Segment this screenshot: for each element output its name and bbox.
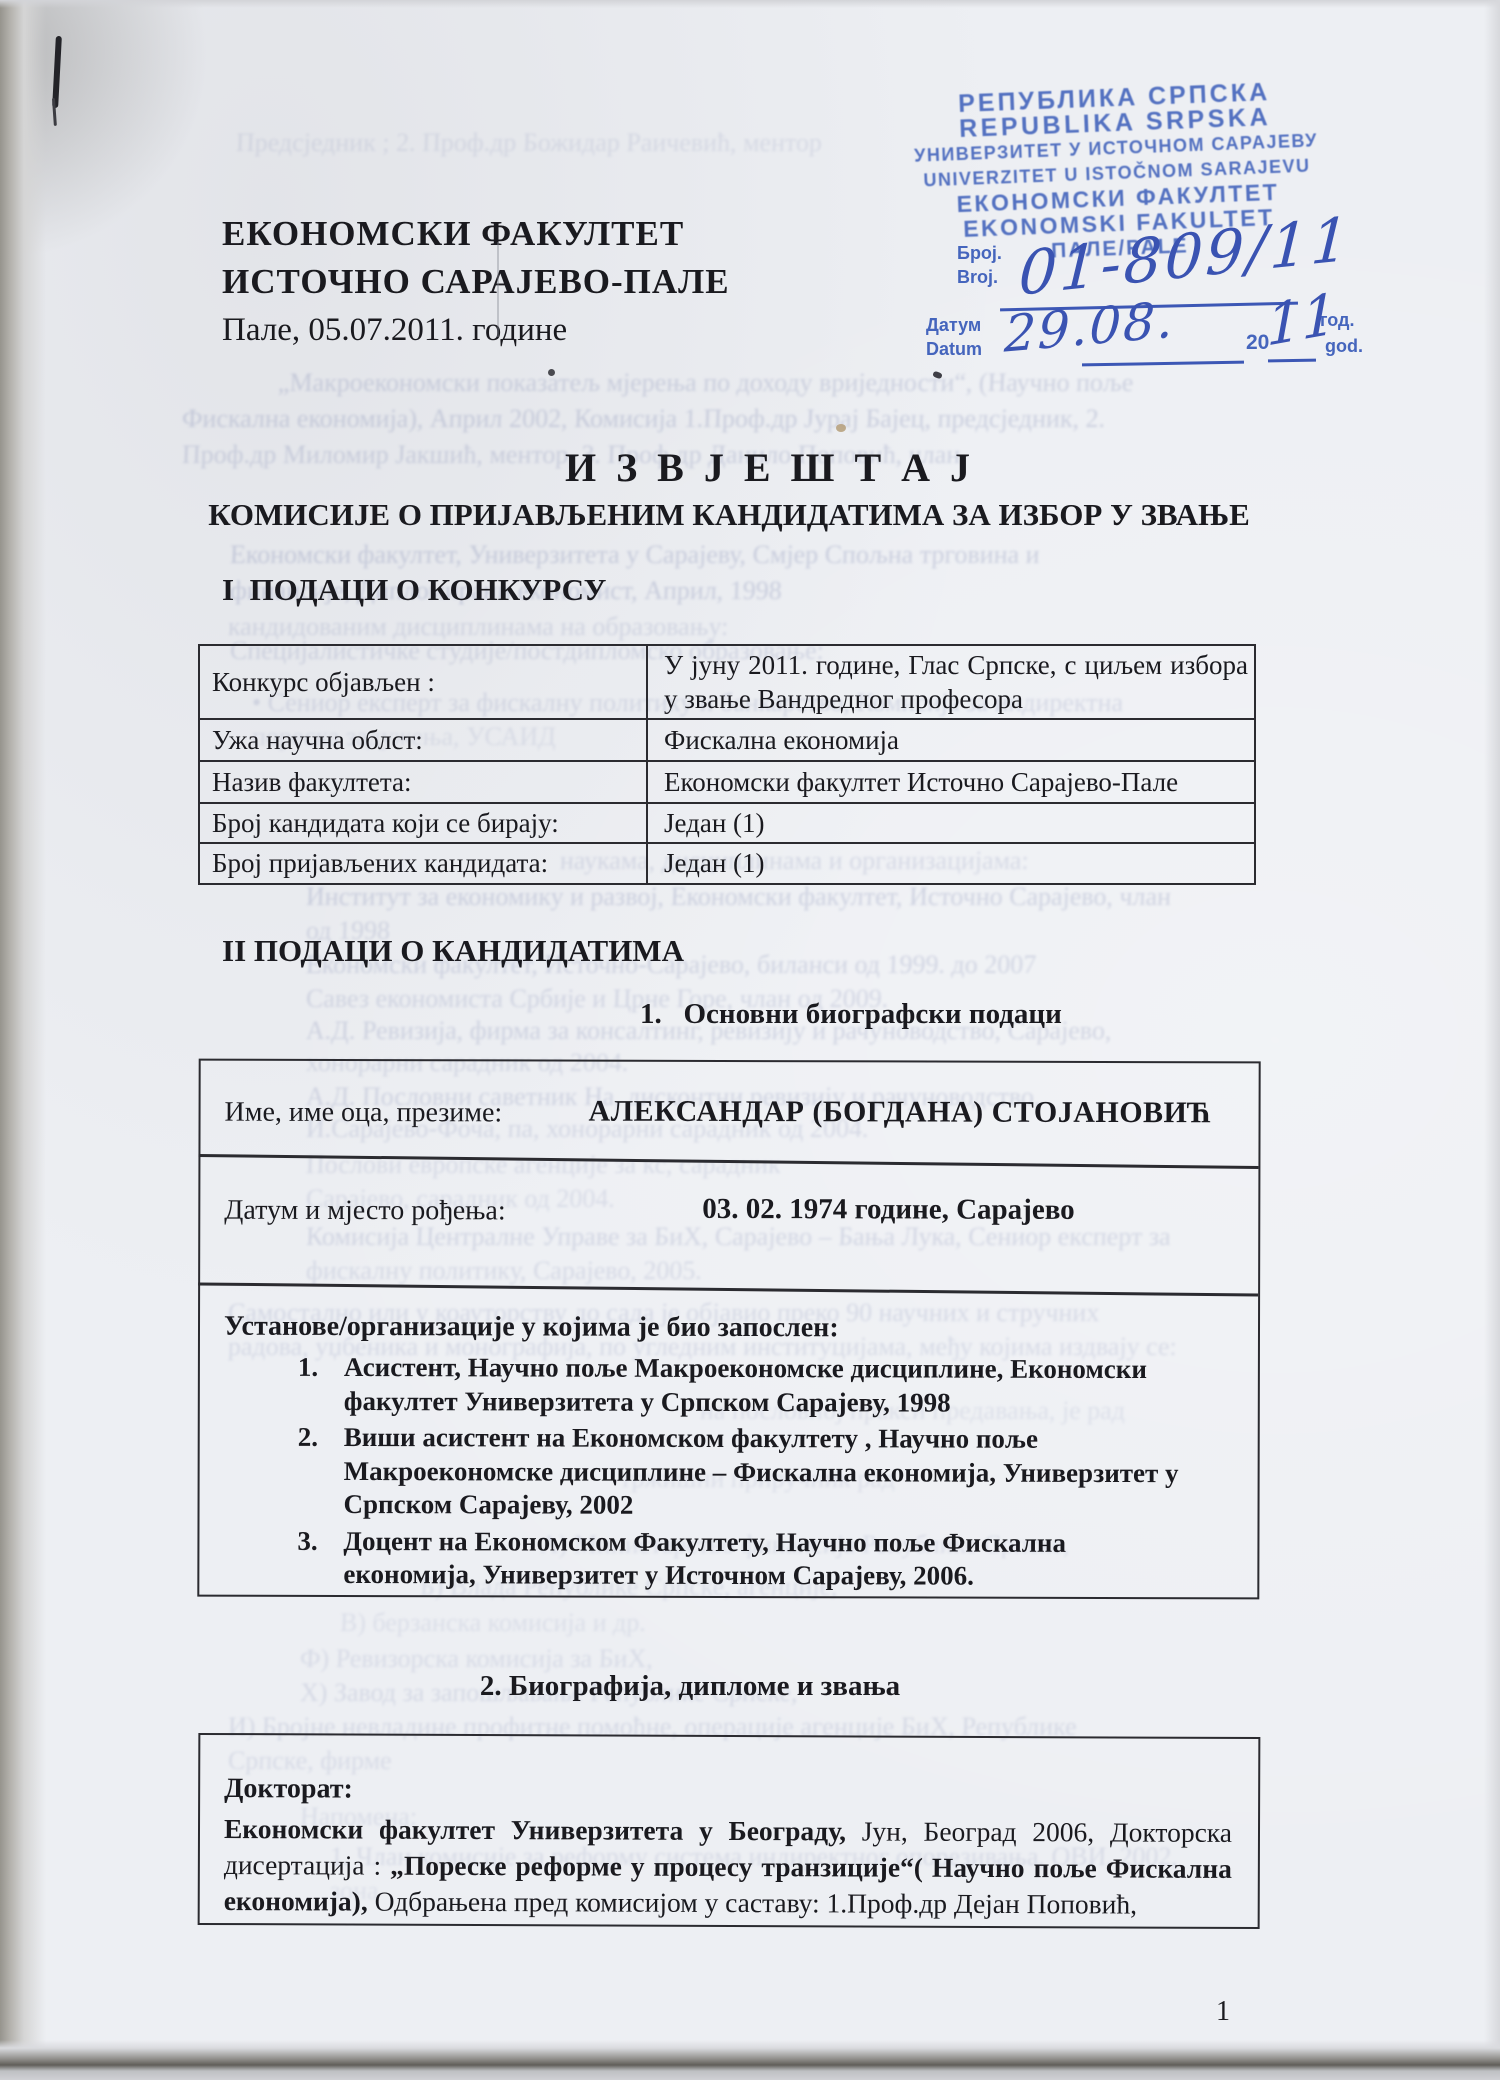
datum-underline <box>1082 361 1244 367</box>
scan-edge-left <box>0 0 46 2080</box>
document-date: Пале, 05.07.2011. године <box>222 306 730 354</box>
row-value: Фискална економија <box>647 719 1255 761</box>
subsection-2-heading: 2. Биографија, дипломе и звања <box>200 1670 1180 1703</box>
row-label: Ужа научна облст: <box>199 719 647 761</box>
row-label: Конкурс објављен : <box>199 645 647 719</box>
document-content: РЕПУБЛИКА СРПСКА REPUBLIKA SRPSKA УНИВЕР… <box>0 0 1500 2080</box>
doctorate-label: Докторат: <box>224 1773 353 1805</box>
broj-label-latin: Broj. <box>957 265 1002 289</box>
row-label: Број кандидата који се бирају: <box>199 803 647 843</box>
table-row: Број кандидата који се бирају:Један (1) <box>199 803 1255 843</box>
employment-label: Установе/организације у којима је био за… <box>224 1311 839 1345</box>
doctorate-committee: Одбрањена пред комисијом у саставу: 1.Пр… <box>368 1886 1137 1920</box>
row-label: Назив факултета: <box>199 761 647 803</box>
list-number: 2. <box>297 1421 343 1522</box>
biography-box: Име, име оца, презиме: АЛЕКСАНДАР (БОГДА… <box>197 1059 1260 1600</box>
faculty-name: ЕКОНОМСКИ ФАКУЛТЕТ <box>222 210 730 258</box>
document-subtitle: КОМИСИЈЕ О ПРИЈАВЉЕНИМ КАНДИДАТИМА ЗА ИЗ… <box>200 497 1258 533</box>
birth-label: Датум и мјесто рођења: <box>224 1195 505 1228</box>
list-text: Виши асистент на Економском факултету , … <box>343 1421 1199 1524</box>
divider-line <box>198 1282 1258 1296</box>
datum-label-cyrillic: Датум <box>926 313 982 337</box>
table-row: Назив факултета:Економски факултет Источ… <box>199 761 1255 803</box>
scan-edge-bottom <box>0 2040 1500 2080</box>
list-number: 3. <box>297 1524 343 1591</box>
row-value: Економски факултет Источно Сарајево-Пале <box>647 761 1255 803</box>
section-2-heading: II ПОДАЦИ О КАНДИДАТИМА <box>222 933 684 969</box>
list-text: Доцент на Економском Факултету, Научно п… <box>343 1524 1199 1593</box>
scanned-document-page: Предсједник ; 2. Проф.др Божидар Раичеви… <box>0 0 1500 2080</box>
divider-line <box>198 1154 1258 1169</box>
datum-label-latin: Datum <box>926 337 982 361</box>
broj-label: Број. Broj. <box>957 241 1002 289</box>
handwritten-year: 11 <box>1267 281 1337 359</box>
year-underline <box>1268 359 1316 363</box>
page-number: 1 <box>1216 1996 1230 2028</box>
scan-edge-top <box>0 0 1500 8</box>
section-1-heading: I ПОДАЦИ О КОНКУРСУ <box>222 572 606 608</box>
table-row: Број пријављених кандидата:Један (1) <box>199 843 1255 884</box>
name-label: Име, име оца, презиме: <box>225 1097 503 1130</box>
table-row: Конкурс објављен :У јуну 2011. године, Г… <box>199 645 1255 719</box>
row-value: Један (1) <box>647 843 1255 884</box>
paper-speck <box>836 424 846 432</box>
faculty-location: ИСТОЧНО САРАЈЕВО-ПАЛЕ <box>222 258 730 306</box>
doctorate-box: Докторат: Економски факултет Универзитет… <box>198 1733 1261 1929</box>
list-text: Асистент, Научно поље Макроекономске дис… <box>344 1351 1200 1420</box>
letterhead: ЕКОНОМСКИ ФАКУЛТЕТ ИСТОЧНО САРАЈЕВО-ПАЛЕ… <box>222 210 730 354</box>
broj-label-cyrillic: Број. <box>957 241 1002 265</box>
scan-edge-right <box>1484 0 1500 2080</box>
subsection-1-heading: 1. Основни биографски подаци <box>640 998 1062 1031</box>
name-value: АЛЕКСАНДАР (БОГДАНА) СТОЈАНОВИЋ <box>589 1095 1212 1131</box>
datum-label: Датум Datum <box>926 313 982 361</box>
ink-speck <box>548 369 555 376</box>
list-number: 1. <box>298 1351 344 1418</box>
table-row: Ужа научна облст:Фискална економија <box>199 719 1255 761</box>
row-value: Један (1) <box>647 803 1255 843</box>
birth-value: 03. 02. 1974 године, Сарајево <box>702 1193 1074 1227</box>
doctorate-paragraph: Економски факултет Универзитета у Београ… <box>224 1811 1232 1923</box>
paper-crease <box>497 242 499 337</box>
row-value: У јуну 2011. године, Глас Српске, с циље… <box>647 645 1255 719</box>
document-title: И З В Ј Е Ш Т А Ј <box>200 444 1340 491</box>
konkurs-table: Конкурс објављен :У јуну 2011. године, Г… <box>198 644 1256 885</box>
employment-list: 1.Асистент, Научно поље Макроекономске д… <box>297 1351 1200 1597</box>
row-label: Број пријављених кандидата: <box>199 843 647 884</box>
list-item: 2.Виши асистент на Економском факултету … <box>297 1421 1199 1524</box>
doctorate-institution: Економски факултет Универзитета у Београ… <box>224 1813 846 1846</box>
list-item: 3.Доцент на Економском Факултету, Научно… <box>297 1524 1199 1593</box>
konkurs-table-body: Конкурс објављен :У јуну 2011. године, Г… <box>199 645 1255 884</box>
list-item: 1.Асистент, Научно поље Макроекономске д… <box>298 1351 1200 1420</box>
